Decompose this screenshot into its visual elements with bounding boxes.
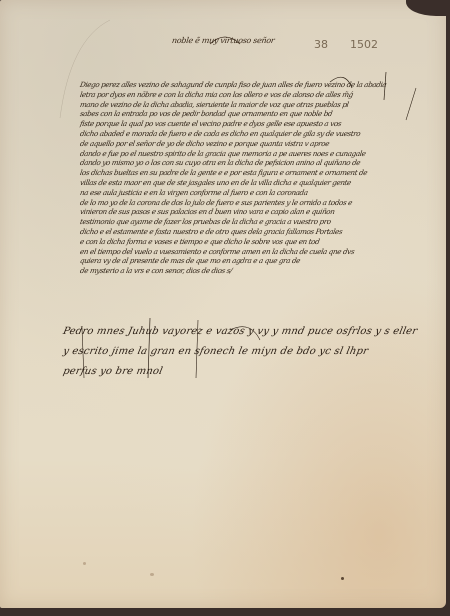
text-line: de lo mo yo de la corona de dos lo julo … bbox=[79, 198, 426, 208]
text-line: de mysterio a la vrs e con senor, dios d… bbox=[79, 266, 426, 276]
text-line: de aquello por el señor de yo de dicho v… bbox=[79, 139, 426, 149]
text-line: los dichas bueltas en su padre de la gen… bbox=[79, 168, 426, 178]
text-line: dando e fue po el nuestro spirito de la … bbox=[79, 149, 426, 159]
text-line: quiera vy de al presente de mas de que m… bbox=[79, 256, 426, 266]
text-line: sabes con la entrada po vos de pedir bon… bbox=[79, 109, 426, 119]
text-line: na ese aula justicia e en la virgen conf… bbox=[79, 188, 426, 198]
text-line: Diego perez alles vezino de sahagund de … bbox=[79, 80, 426, 90]
text-line: villas de esta maor en que de ste jasgal… bbox=[79, 178, 426, 188]
text-line: letra por dyos en nōbre e con la dicha m… bbox=[79, 90, 426, 100]
text-line: dicho abaded e morada de fuero e de cada… bbox=[79, 129, 426, 139]
torn-corner bbox=[406, 0, 446, 16]
text-line: vinieron de sus pasos e sus palacios en … bbox=[79, 207, 426, 217]
text-line: e con la dicha forma e voses e tiempo e … bbox=[79, 237, 426, 247]
text-line: mano de vezino de la dicha abadia, sieru… bbox=[79, 100, 426, 110]
text-line: fiste porque la qual po vos cuente el ve… bbox=[79, 119, 426, 129]
archive-folio-number: 38 bbox=[314, 38, 328, 51]
text-line: dicho e el estamente e fasta nuestro e d… bbox=[79, 227, 426, 237]
manuscript-page: noble ẽ muy virtuoso señor 38 1502 Diego… bbox=[0, 0, 446, 608]
header-note: noble ẽ muy virtuoso señor bbox=[171, 36, 275, 45]
ink-spot bbox=[341, 577, 344, 580]
ink-spot bbox=[150, 573, 154, 576]
archive-year: 1502 bbox=[350, 38, 378, 51]
text-line: en el tiempo del vuelo a vuesamiento e c… bbox=[79, 247, 426, 257]
signature-line: Pedro mnes Juhub vayorez e vazos y vy y … bbox=[61, 322, 445, 342]
letter-body: Diego perez alles vezino de sahagund de … bbox=[80, 80, 425, 286]
signature-block: Pedro mnes Juhub vayorez e vazos y vy y … bbox=[63, 322, 443, 382]
signature-line: perfus yo bre mnol bbox=[61, 362, 445, 382]
text-line bbox=[79, 276, 426, 286]
text-line: dando yo mismo yo o los con su cuyo otra… bbox=[79, 158, 426, 168]
ink-spot bbox=[83, 562, 86, 565]
text-line: testimonio que ayame de fazer los prueba… bbox=[79, 217, 426, 227]
signature-line: y escrito jime la gran en sfonech le miy… bbox=[61, 342, 445, 362]
